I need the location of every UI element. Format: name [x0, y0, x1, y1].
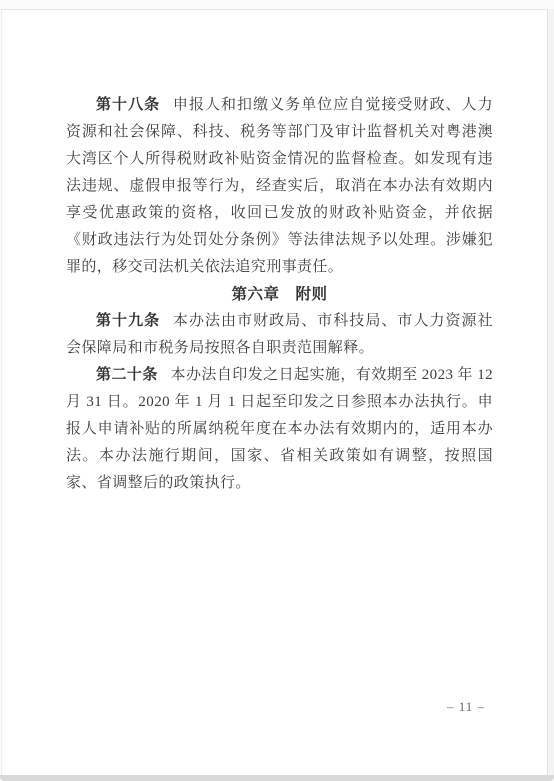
page-edge-right — [548, 9, 554, 775]
page-number: – 11 – — [447, 697, 485, 717]
article-18-paragraph: 第十八条申报人和扣缴义务单位应自觉接受财政、人力资源和社会保障、科技、税务等部门… — [66, 92, 493, 281]
article-19-paragraph: 第十九条本办法由市财政局、市科技局、市人力资源社会保障局和市税务局按照各自职责范… — [66, 308, 493, 362]
article-20-paragraph: 第二十条本办法自印发之日起实施，有效期至 2023 年 12 月 31 日。20… — [66, 362, 493, 497]
chapter-6-heading: 第六章 附则 — [66, 281, 493, 308]
article-18-number: 第十八条 — [96, 97, 160, 113]
page-edge-shadow — [0, 775, 554, 781]
article-18-text: 申报人和扣缴义务单位应自觉接受财政、人力资源和社会保障、科技、税务等部门及审计监… — [66, 97, 493, 275]
article-19-number: 第十九条 — [96, 313, 160, 329]
document-body: 第十八条申报人和扣缴义务单位应自觉接受财政、人力资源和社会保障、科技、税务等部门… — [66, 92, 493, 497]
article-20-number: 第二十条 — [96, 367, 158, 383]
article-20-text: 本办法自印发之日起实施，有效期至 2023 年 12 月 31 日。2020 年… — [66, 367, 493, 491]
